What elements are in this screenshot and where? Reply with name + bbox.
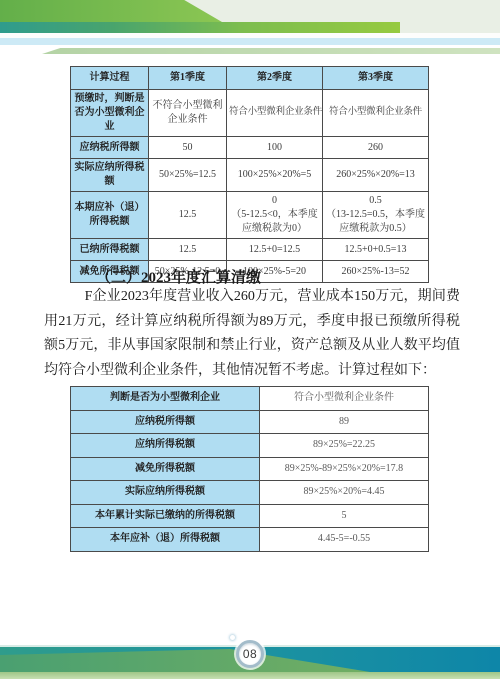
footer-bottom-strip [0, 672, 500, 679]
value-cell: 不符合小型微利企业条件 [149, 90, 227, 137]
section-heading: （二）2023年度汇算清缴 [96, 266, 261, 287]
value-cell: 符合小型微利企业条件 [227, 90, 323, 137]
table-row: 应纳所得税额 89×25%=22.25 [71, 434, 429, 458]
row-label-cell: 实际应纳所得税额 [71, 159, 149, 192]
page-number-badge: 08 [236, 640, 264, 668]
table-header-row: 计算过程 第1季度 第2季度 第3季度 [71, 67, 429, 90]
row-label-cell: 本年累计实际已缴纳的所得税额 [71, 504, 260, 528]
value-cell: 0 （5-12.5<0，本季度应缴税款为0） [227, 192, 323, 239]
table-row: 减免所得税额 89×25%-89×25%×20%=17.8 [71, 457, 429, 481]
row-label-cell: 预缴时，判断是否为小型微利企业 [71, 90, 149, 137]
table-row: 实际应纳所得税额 89×25%×20%=4.45 [71, 481, 429, 505]
value-cell: 89×25%-89×25%×20%=17.8 [260, 457, 429, 481]
value-cell: 4.45-5=-0.55 [260, 528, 429, 552]
table-row: 判断是否为小型微利企业 符合小型微利企业条件 [71, 387, 429, 411]
quarterly-calculation-table: 计算过程 第1季度 第2季度 第3季度 预缴时，判断是否为小型微利企业 不符合小… [70, 66, 429, 283]
value-cell: 12.5+0=12.5 [227, 239, 323, 261]
row-label-cell: 已纳所得税额 [71, 239, 149, 261]
value-cell: 12.5 [149, 239, 227, 261]
table-row: 预缴时，判断是否为小型微利企业 不符合小型微利企业条件 符合小型微利企业条件 符… [71, 90, 429, 137]
row-label-cell: 应纳税所得额 [71, 137, 149, 159]
table-row: 应纳税所得额 89 [71, 410, 429, 434]
table-row: 本年应补（退）所得税额 4.45-5=-0.55 [71, 528, 429, 552]
row-label-cell: 应纳所得税额 [71, 434, 260, 458]
row-label-cell: 应纳税所得额 [71, 410, 260, 434]
sparkle-icon [230, 635, 235, 640]
header-gap [0, 45, 500, 48]
header-green-block [0, 0, 222, 22]
table-row: 实际应纳所得税额 50×25%=12.5 100×25%×20%=5 260×2… [71, 159, 429, 192]
row-label-cell: 本年应补（退）所得税额 [71, 528, 260, 552]
value-cell: 符合小型微利企业条件 [260, 387, 429, 411]
header-green-stripe [42, 48, 500, 54]
column-header: 第3季度 [323, 67, 429, 90]
row-label-cell: 本期应补（退）所得税额 [71, 192, 149, 239]
annual-settlement-table: 判断是否为小型微利企业 符合小型微利企业条件 应纳税所得额 89 应纳所得税额 … [70, 386, 429, 552]
value-cell: 100 [227, 137, 323, 159]
column-header: 计算过程 [71, 67, 149, 90]
value-cell: 260×25%-13=52 [323, 261, 429, 283]
value-cell: 符合小型微利企业条件 [323, 90, 429, 137]
document-page: { "page": { "page_number": "08" }, "sect… [0, 0, 500, 679]
table-row: 本年累计实际已缴纳的所得税额 5 [71, 504, 429, 528]
value-cell: 260 [323, 137, 429, 159]
value-cell: 12.5+0+0.5=13 [323, 239, 429, 261]
header-blue-stripe [0, 38, 500, 45]
value-cell: 0.5 （13-12.5=0.5，本季度应缴税款为0.5） [323, 192, 429, 239]
column-header: 第2季度 [227, 67, 323, 90]
row-label-cell: 实际应纳所得税额 [71, 481, 260, 505]
section-paragraph: F企业2023年度营业收入260万元，营业成本150万元，期间费用21万元，经计… [44, 285, 460, 383]
table-row: 应纳税所得额 50 100 260 [71, 137, 429, 159]
column-header: 第1季度 [149, 67, 227, 90]
value-cell: 260×25%×20%=13 [323, 159, 429, 192]
value-cell: 12.5 [149, 192, 227, 239]
row-label-cell: 判断是否为小型微利企业 [71, 387, 260, 411]
value-cell: 50×25%=12.5 [149, 159, 227, 192]
value-cell: 89×25%=22.25 [260, 434, 429, 458]
table-row: 已纳所得税额 12.5 12.5+0=12.5 12.5+0+0.5=13 [71, 239, 429, 261]
value-cell: 50 [149, 137, 227, 159]
value-cell: 5 [260, 504, 429, 528]
value-cell: 89×25%×20%=4.45 [260, 481, 429, 505]
value-cell: 89 [260, 410, 429, 434]
value-cell: 100×25%×20%=5 [227, 159, 323, 192]
page-number: 08 [243, 647, 257, 661]
header-gradient-bar [0, 22, 400, 33]
table-row: 本期应补（退）所得税额 12.5 0 （5-12.5<0，本季度应缴税款为0） … [71, 192, 429, 239]
row-label-cell: 减免所得税额 [71, 457, 260, 481]
